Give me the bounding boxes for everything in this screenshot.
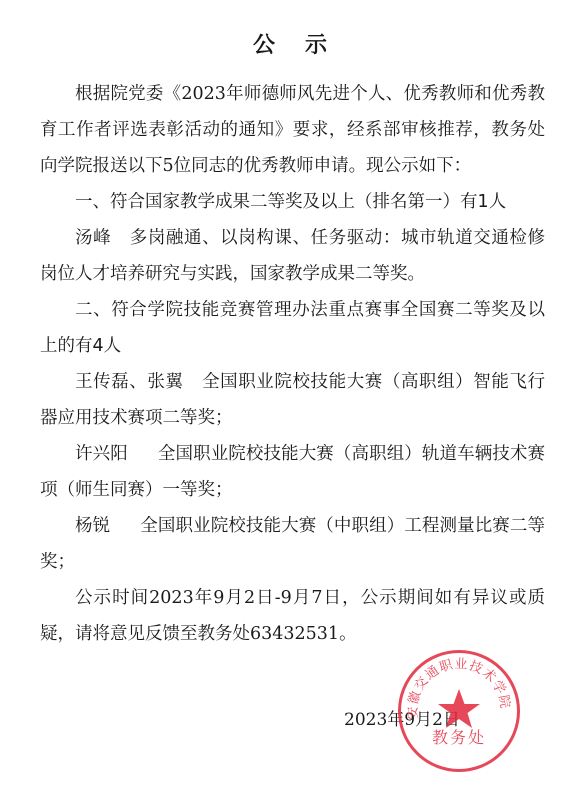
document-body: 根据院党委《2023年师德师风先进个人、优秀教师和优秀教育工作者评选表彰活动的通… <box>40 76 545 652</box>
award-entry: 许兴阳全国职业院校技能大赛（高职组）轨道车辆技术赛项（师生同赛）一等奖； <box>40 436 545 508</box>
section-heading-2: 二、符合学院技能竞赛管理办法重点赛事全国赛二等奖及以上的有4人 <box>40 292 545 364</box>
document-title: 公示 <box>0 28 580 59</box>
document-date: 2023年9月2日 <box>344 708 460 732</box>
award-entry: 杨锐全国职业院校技能大赛（中职组）工程测量比赛二等奖； <box>40 508 545 580</box>
award-names: 许兴阳 <box>75 444 128 464</box>
award-entry: 王传磊、张翼全国职业院校技能大赛（高职组）智能飞行器应用技术赛项二等奖； <box>40 364 545 436</box>
document-page: 公示 根据院党委《2023年师德师风先进个人、优秀教师和优秀教育工作者评选表彰活… <box>0 0 580 796</box>
notice-paragraph: 公示时间2023年9月2日-9月7日，公示期间如有异议或质疑，请将意见反馈至教务… <box>40 580 545 652</box>
intro-paragraph: 根据院党委《2023年师德师风先进个人、优秀教师和优秀教育工作者评选表彰活动的通… <box>40 76 545 184</box>
award-names: 汤峰 <box>75 228 111 248</box>
award-entry: 汤峰多岗融通、以岗构课、任务驱动：城市轨道交通检修岗位人才培养研究与实践，国家教… <box>40 220 545 292</box>
award-description: 多岗融通、以岗构课、任务驱动：城市轨道交通检修岗位人才培养研究与实践，国家教学成… <box>40 228 545 284</box>
section-heading-1: 一、符合国家教学成果二等奖及以上（排名第一）有1人 <box>40 184 545 220</box>
award-names: 杨锐 <box>75 516 110 536</box>
award-description: 全国职业院校技能大赛（中职组）工程测量比赛二等奖； <box>40 516 545 572</box>
award-names: 王传磊、张翼 <box>75 372 183 392</box>
